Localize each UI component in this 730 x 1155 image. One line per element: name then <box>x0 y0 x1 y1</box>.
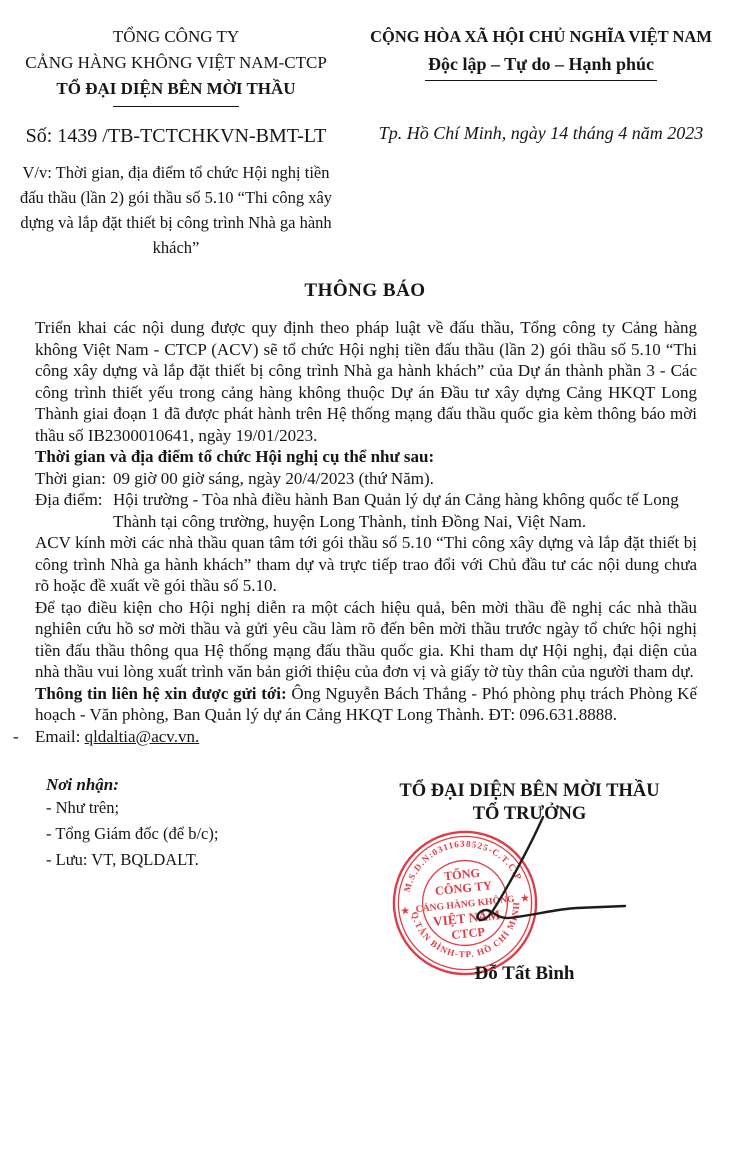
document-page: TỔNG CÔNG TY CẢNG HÀNG KHÔNG VIỆT NAM-CT… <box>0 0 730 1155</box>
document-footer: Nơi nhận: - Như trên; - Tổng Giám đốc (đ… <box>0 775 730 1015</box>
paragraph-contact: Thông tin liên hệ xin được gửi tới: Ông … <box>35 683 697 726</box>
signature-org-line: TỔ ĐẠI DIỆN BÊN MỜI THẦU <box>375 781 710 802</box>
issuer-parent-org: TỔNG CÔNG TY <box>0 24 352 50</box>
document-number: Số: 1439 /TB-TCTCHKVN-BMT-LT <box>0 125 352 148</box>
issuer-unit: TỔ ĐẠI DIỆN BÊN MỜI THẦU <box>0 76 352 102</box>
email-link[interactable]: qldaltia@acv.vn. <box>85 727 200 746</box>
place-value: Hội trường - Tòa nhà điều hành Ban Quản … <box>113 489 697 532</box>
place-row: Địa điểm: Hội trường - Tòa nhà điều hành… <box>35 489 697 532</box>
signature-block: TỔ ĐẠI DIỆN BÊN MỜI THẦU TỔ TRƯỞNG M.S.D… <box>375 781 710 825</box>
contact-label: Thông tin liên hệ xin được gửi tới: <box>35 684 287 703</box>
document-header: TỔNG CÔNG TY CẢNG HÀNG KHÔNG VIỆT NAM-CT… <box>0 0 730 260</box>
time-label: Thời gian: <box>35 468 113 490</box>
national-motto: Độc lập – Tự do – Hạnh phúc <box>352 52 730 76</box>
schedule-heading: Thời gian và địa điểm tổ chức Hội nghị c… <box>35 446 697 468</box>
place-label: Địa điểm: <box>35 489 113 532</box>
signer-name: Đỗ Tất Bình <box>375 963 710 985</box>
document-title: THÔNG BÁO <box>0 280 730 302</box>
motto-underline <box>425 80 657 81</box>
document-subject: V/v: Thời gian, địa điểm tổ chức Hội ngh… <box>15 160 337 260</box>
place-and-date: Tp. Hồ Chí Minh, ngày 14 tháng 4 năm 202… <box>352 123 730 144</box>
stamp-star-left: ★ <box>400 905 411 918</box>
paragraph-instructions: Để tạo điều kiện cho Hội nghị diễn ra mộ… <box>35 597 697 683</box>
stamp-center-line: CÔNG TY <box>434 878 492 898</box>
signature-role-line: TỔ TRƯỞNG <box>375 804 710 825</box>
stamp-star-right: ★ <box>520 892 531 905</box>
national-motto-block: CỘNG HÒA XÃ HỘI CHỦ NGHĨA VIỆT NAM Độc l… <box>352 24 730 260</box>
paragraph-intro: Triển khai các nội dung được quy định th… <box>35 317 697 446</box>
time-row: Thời gian: 09 giờ 00 giờ sáng, ngày 20/4… <box>35 468 697 490</box>
issuer-org: CẢNG HÀNG KHÔNG VIỆT NAM-CTCP <box>0 50 352 76</box>
paragraph-invitation: ACV kính mời các nhà thầu quan tâm tới g… <box>35 532 697 597</box>
document-body: Triển khai các nội dung được quy định th… <box>35 317 697 747</box>
issuer-block: TỔNG CÔNG TY CẢNG HÀNG KHÔNG VIỆT NAM-CT… <box>0 24 352 260</box>
email-row: - Email: qldaltia@acv.vn. <box>35 726 697 748</box>
email-bullet-dash: - <box>13 726 19 748</box>
stamp-center-line: CTCP <box>451 925 486 942</box>
official-red-stamp: M.S.D.N:0311638525-C.T.C.P Q.TÂN BÌNH-TP… <box>384 822 547 985</box>
time-value: 09 giờ 00 giờ sáng, ngày 20/4/2023 (thứ … <box>113 468 697 490</box>
country-name: CỘNG HÒA XÃ HỘI CHỦ NGHĨA VIỆT NAM <box>352 24 730 50</box>
issuer-underline <box>113 106 239 107</box>
email-label: Email: <box>35 727 85 746</box>
